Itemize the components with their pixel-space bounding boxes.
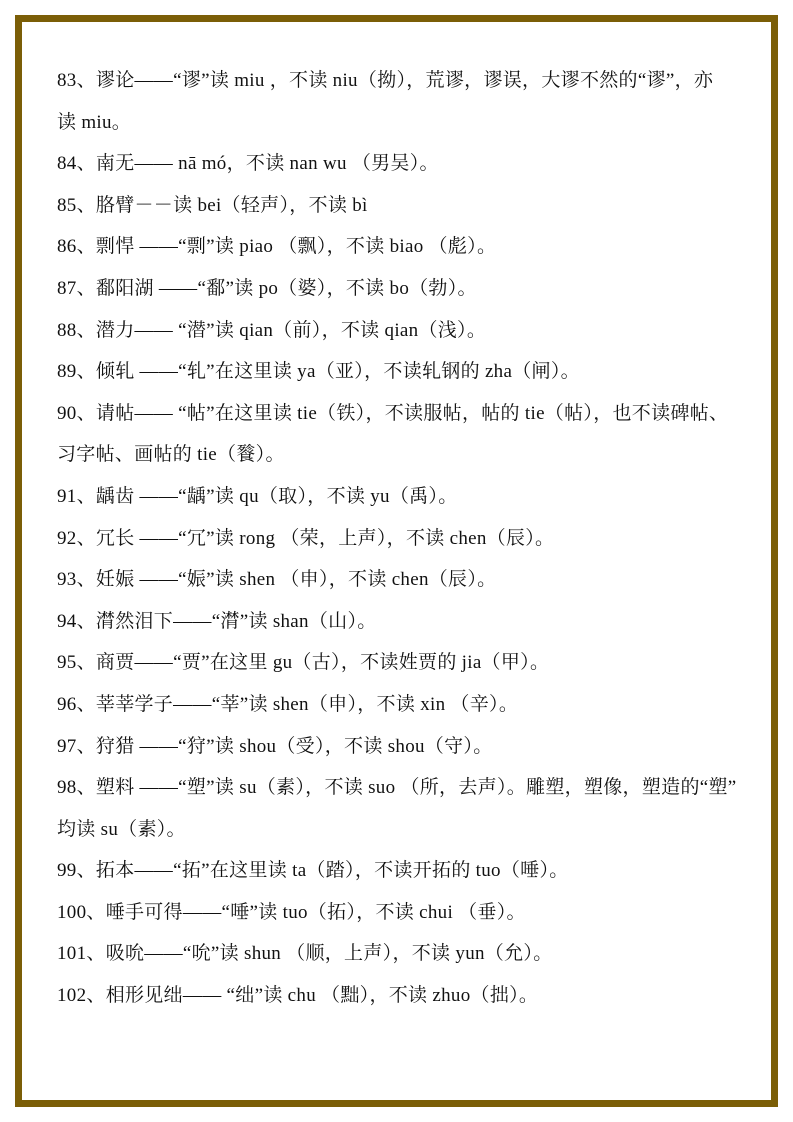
list-item-84: 84、南无—— nā mó，不读 nan wu （男吴）。: [57, 143, 747, 185]
list-item-90: 90、请帖—— “帖”在这里读 tie（铁），不读服帖，帖的 tie（帖），也不…: [57, 393, 747, 476]
text-line: 102、相形见绌—— “绌”读 chu （黜），不读 zhuo（拙）。: [57, 975, 747, 1017]
list-item-89: 89、倾轧 ——“轧”在这里读 ya（亚），不读轧钢的 zha（闸）。: [57, 351, 747, 393]
list-item-102: 102、相形见绌—— “绌”读 chu （黜），不读 zhuo（拙）。: [57, 975, 747, 1017]
list-item-88: 88、潜力—— “潜”读 qian（前），不读 qian（浅）。: [57, 310, 747, 352]
list-item-95: 95、商贾——“贾”在这里 gu（古），不读姓贾的 jia（甲）。: [57, 642, 747, 684]
text-line: 99、拓本——“拓”在这里读 ta（踏），不读开拓的 tuo（唾）。: [57, 850, 747, 892]
text-line: 91、龋齿 ——“龋”读 qu（取），不读 yu（禹）。: [57, 476, 747, 518]
text-line: 96、莘莘学子——“莘”读 shen（申），不读 xin （辛）。: [57, 684, 747, 726]
text-line: 85、胳臂－－读 bei（轻声），不读 bì: [57, 185, 747, 227]
text-line: 87、鄱阳湖 ——“鄱”读 po（婆），不读 bo（勃）。: [57, 268, 747, 310]
text-line: 93、妊娠 ——“娠”读 shen （申），不读 chen（辰）。: [57, 559, 747, 601]
text-line: 92、冗长 ——“冗”读 rong （荣，上声），不读 chen（辰）。: [57, 518, 747, 560]
text-line: 90、请帖—— “帖”在这里读 tie（铁），不读服帖，帖的 tie（帖），也不…: [57, 393, 747, 435]
list-item-96: 96、莘莘学子——“莘”读 shen（申），不读 xin （辛）。: [57, 684, 747, 726]
document-page: 83、谬论——“谬”读 miu ，不读 niu（拗），荒谬，谬误，大谬不然的“谬…: [0, 0, 793, 1122]
text-line: 83、谬论——“谬”读 miu ，不读 niu（拗），荒谬，谬误，大谬不然的“谬…: [57, 60, 747, 102]
list-item-91: 91、龋齿 ——“龋”读 qu（取），不读 yu（禹）。: [57, 476, 747, 518]
text-line: 94、潸然泪下——“潸”读 shan（山）。: [57, 601, 747, 643]
text-line: 89、倾轧 ——“轧”在这里读 ya（亚），不读轧钢的 zha（闸）。: [57, 351, 747, 393]
list-item-100: 100、唾手可得——“唾”读 tuo（拓），不读 chui （垂）。: [57, 892, 747, 934]
list-item-85: 85、胳臂－－读 bei（轻声），不读 bì: [57, 185, 747, 227]
list-item-87: 87、鄱阳湖 ——“鄱”读 po（婆），不读 bo（勃）。: [57, 268, 747, 310]
list-item-99: 99、拓本——“拓”在这里读 ta（踏），不读开拓的 tuo（唾）。: [57, 850, 747, 892]
text-line: 101、吸吮——“吮”读 shun （顺，上声），不读 yun（允）。: [57, 933, 747, 975]
text-line: 读 miu。: [57, 102, 747, 144]
list-item-98: 98、塑料 ——“塑”读 su（素），不读 suo （所，去声）。雕塑，塑像，塑…: [57, 767, 747, 850]
text-line: 习字帖、画帖的 tie（餮）。: [57, 434, 747, 476]
list-item-94: 94、潸然泪下——“潸”读 shan（山）。: [57, 601, 747, 643]
list-item-92: 92、冗长 ——“冗”读 rong （荣，上声），不读 chen（辰）。: [57, 518, 747, 560]
text-line: 98、塑料 ——“塑”读 su（素），不读 suo （所，去声）。雕塑，塑像，塑…: [57, 767, 747, 809]
text-line: 84、南无—— nā mó，不读 nan wu （男吴）。: [57, 143, 747, 185]
document-body: 83、谬论——“谬”读 miu ，不读 niu（拗），荒谬，谬误，大谬不然的“谬…: [22, 22, 771, 1100]
list-item-97: 97、狩猎 ——“狩”读 shou（受），不读 shou（守）。: [57, 726, 747, 768]
list-item-101: 101、吸吮——“吮”读 shun （顺，上声），不读 yun（允）。: [57, 933, 747, 975]
text-line: 95、商贾——“贾”在这里 gu（古），不读姓贾的 jia（甲）。: [57, 642, 747, 684]
text-line: 86、剽悍 ——“剽”读 piao （飘），不读 biao （彪）。: [57, 226, 747, 268]
text-line: 均读 su（素）。: [57, 809, 747, 851]
text-line: 97、狩猎 ——“狩”读 shou（受），不读 shou（守）。: [57, 726, 747, 768]
list-item-86: 86、剽悍 ——“剽”读 piao （飘），不读 biao （彪）。: [57, 226, 747, 268]
list-item-93: 93、妊娠 ——“娠”读 shen （申），不读 chen（辰）。: [57, 559, 747, 601]
text-line: 100、唾手可得——“唾”读 tuo（拓），不读 chui （垂）。: [57, 892, 747, 934]
list-item-83: 83、谬论——“谬”读 miu ，不读 niu（拗），荒谬，谬误，大谬不然的“谬…: [57, 60, 747, 143]
text-line: 88、潜力—— “潜”读 qian（前），不读 qian（浅）。: [57, 310, 747, 352]
